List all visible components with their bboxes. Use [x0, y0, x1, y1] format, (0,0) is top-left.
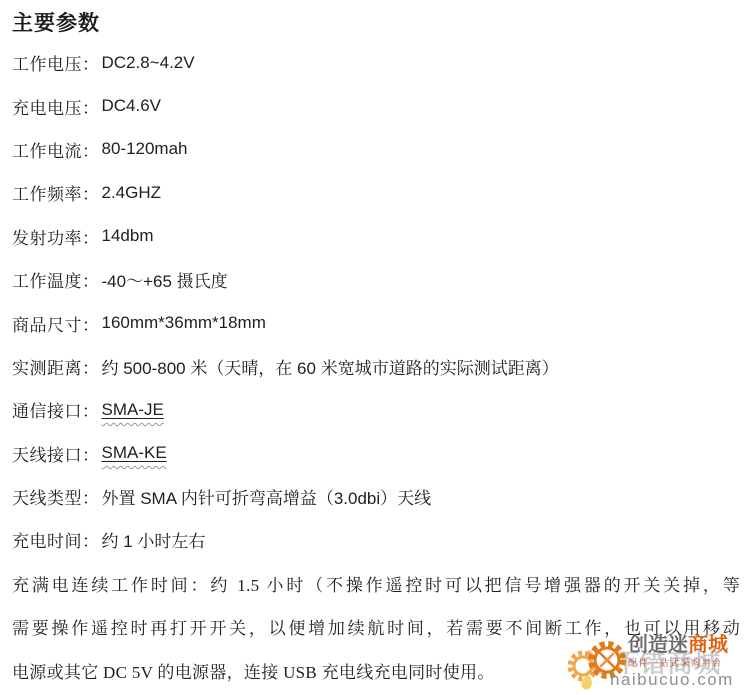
page-title: 主要参数	[12, 7, 740, 41]
spec-value: 80-120mah	[102, 139, 188, 159]
paragraph-text: 充满电连续工作时间：约 1.5 小时（不操作遥控时可以把信号增强器的开关关掉，等	[12, 571, 740, 596]
paragraph-line: 充满电连续工作时间：约 1.5 小时（不操作遥控时可以把信号增强器的开关关掉，等	[12, 562, 740, 605]
spec-row-transmit-power: 发射功率： 14dbm	[12, 215, 740, 258]
spec-value-underlined: SMA-JE	[102, 400, 164, 420]
spec-value: -40～+65 摄氏度	[102, 267, 228, 292]
spec-label: 实测距离：	[12, 354, 100, 379]
spec-label: 工作电流：	[12, 137, 100, 162]
spec-value: DC2.8~4.2V	[102, 53, 195, 73]
paragraph-text: 电源或其它 DC 5V 的电源器，连接 USB 充电线充电同时使用。	[12, 658, 495, 683]
spec-label: 充电时间：	[12, 527, 100, 552]
spec-row-working-temperature: 工作温度： -40～+65 摄氏度	[12, 258, 740, 301]
spec-value: 约 500-800 米（天晴，在 60 米宽城市道路的实际测试距离）	[102, 354, 559, 379]
paragraph-line: 需要操作遥控时再打开开关，以便增加续航时间，若需要不间断工作，也可以用移动	[12, 605, 740, 648]
paragraph-line: 电源或其它 DC 5V 的电源器，连接 USB 充电线充电同时使用。	[12, 648, 740, 691]
spec-value: 14dbm	[102, 226, 154, 246]
spec-row-working-voltage: 工作电压： DC2.8~4.2V	[12, 41, 740, 84]
spec-row-product-size: 商品尺寸： 160mm*36mm*18mm	[12, 301, 740, 344]
spec-row-antenna-type: 天线类型： 外置 SMA 内针可折弯高增益（3.0dbi）天线	[12, 475, 740, 518]
spec-document: 主要参数 工作电压： DC2.8~4.2V 充电电压： DC4.6V 工作电流：…	[0, 0, 750, 695]
spec-label: 商品尺寸：	[12, 311, 100, 336]
spec-row-antenna-interface: 天线接口： SMA-KE	[12, 432, 740, 475]
spellcheck-squiggle: SMA-KE	[102, 443, 167, 462]
spec-label: 通信接口：	[12, 397, 100, 422]
spec-row-working-current: 工作电流： 80-120mah	[12, 128, 740, 171]
spec-label: 发射功率：	[12, 224, 100, 249]
spec-value: 2.4GHZ	[102, 183, 162, 203]
spec-row-measured-distance: 实测距离： 约 500-800 米（天晴，在 60 米宽城市道路的实际测试距离）	[12, 345, 740, 388]
spec-label: 充电电压：	[12, 94, 100, 119]
spellcheck-squiggle: SMA-JE	[102, 400, 164, 419]
spec-value: 外置 SMA 内针可折弯高增益（3.0dbi）天线	[102, 484, 432, 509]
spec-row-charging-time: 充电时间： 约 1 小时左右	[12, 518, 740, 561]
spec-label: 天线接口：	[12, 441, 100, 466]
spec-value: DC4.6V	[102, 96, 162, 116]
spec-value-underlined: SMA-KE	[102, 443, 167, 463]
spec-value: 160mm*36mm*18mm	[102, 313, 266, 333]
spec-row-communication-interface: 通信接口： SMA-JE	[12, 388, 740, 431]
paragraph-text: 需要操作遥控时再打开开关，以便增加续航时间，若需要不间断工作，也可以用移动	[12, 614, 740, 639]
spec-label: 工作电压：	[12, 50, 100, 75]
spec-row-working-frequency: 工作频率： 2.4GHZ	[12, 171, 740, 214]
spec-label: 工作频率：	[12, 180, 100, 205]
spec-label: 工作温度：	[12, 267, 100, 292]
spec-value: 约 1 小时左右	[102, 527, 206, 552]
spec-label: 天线类型：	[12, 484, 100, 509]
spec-row-charging-voltage: 充电电压： DC4.6V	[12, 84, 740, 127]
